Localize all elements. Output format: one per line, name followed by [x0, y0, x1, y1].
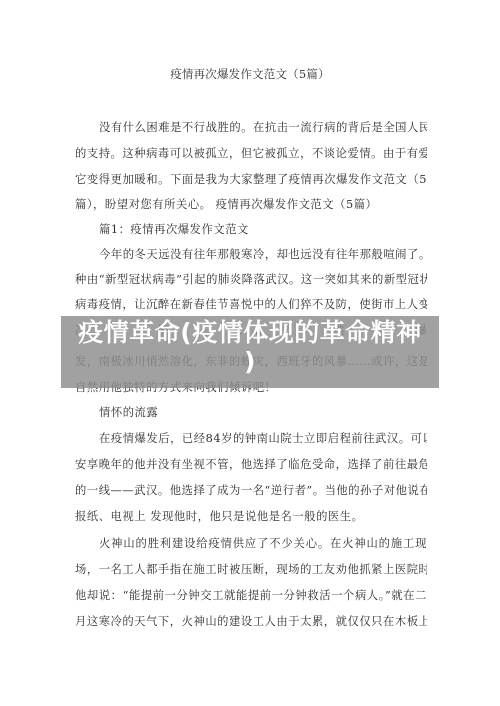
body-text-line: 情怀的流露: [99, 406, 427, 420]
body-text-line: 病毒疫情，让沉醉在新春佳节喜悦中的人们猝不及防，使街市上人变得: [75, 298, 427, 312]
body-text-line: 今年的冬天远没有往年那般寒冷，却也远没有往年那般喧闹了。一: [99, 248, 427, 262]
body-text-line: 安享晚年的他并没有坐视不管，他选择了临危受命，选择了前往最危急: [75, 458, 427, 472]
body-text-line: 在疫情爆发后，已经84岁的钟南山院士立即启程前往武汉。可以: [99, 432, 427, 446]
body-text-line: 的一线——武汉。他选择了成为一名“逆行者”。当他的孙子对他说在: [75, 484, 427, 498]
body-text-line: 火神山的胜利建设给疫情供应了不少关心。在火神山的施工现: [99, 537, 427, 551]
body-text-line: 报纸、电视上 发现他时，他只是说他是名一般的医生。: [75, 510, 427, 524]
overlay-title-line2: ): [61, 347, 439, 376]
body-text-line: 场，一名工人都手指在施工时被压断，现场的工友劝他抓紧上医院时，: [75, 563, 427, 577]
body-text-line: 的支持。这种病毒可以被孤立，但它被孤立，不谈论爱情。由于有爱，: [75, 147, 427, 161]
document-page: 疫情再次爆发作文范文（5篇） 没有什么困难是不行战胜的。在抗击一流行病的背后是全…: [0, 0, 500, 706]
body-text-line: 种由“新型冠状病毒”引起的肺炎降落武汉。这一突如其来的新型冠状: [75, 273, 427, 287]
body-text-line: 没有什么困难是不行战胜的。在抗击一流行病的背后是全国人民: [99, 121, 427, 135]
overlay-title-line1: 疫情革命(疫情体现的革命精神: [61, 318, 439, 347]
overlay-title: 疫情革命(疫情体现的革命精神 ): [61, 318, 439, 376]
body-text-line: 他却说：“能提前一分钟交工就能提前一分钟救活一个病人。”就在二: [75, 589, 427, 603]
document-title: 疫情再次爆发作文范文（5篇）: [0, 66, 500, 82]
body-text-line: 篇），盼望对您有所关心。 疫情再次爆发作文范文（5篇）: [75, 198, 427, 212]
body-text-line: 它变得更加暖和。下面是我为大家整理了疫情再次爆发作文范文（5: [75, 173, 427, 187]
body-text-line: 篇1：疫情再次爆发作文范文: [99, 223, 427, 237]
body-text-line: 月这寒冷的天气下，火神山的建设工人由于太累，就仅仅只在木板上休: [75, 615, 427, 629]
